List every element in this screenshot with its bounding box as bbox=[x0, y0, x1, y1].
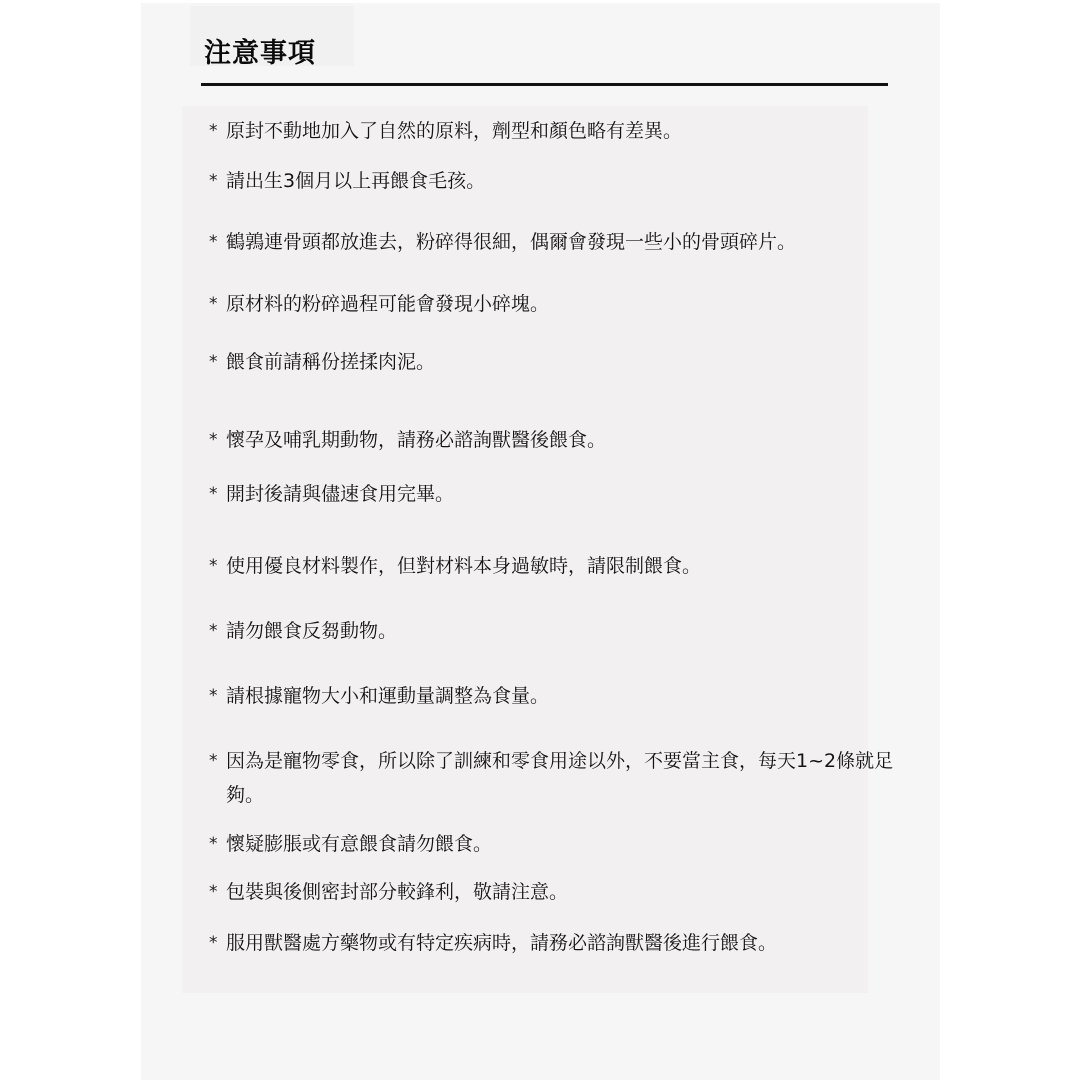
asterisk-bullet-icon: * bbox=[209, 679, 226, 713]
asterisk-bullet-icon: * bbox=[209, 287, 226, 321]
note-text: 請出生3個月以上再餵食毛孩。 bbox=[226, 164, 485, 198]
note-text: 請根據寵物大小和運動量調整為食量。 bbox=[226, 679, 549, 713]
asterisk-bullet-icon: * bbox=[209, 926, 226, 960]
note-item: * 請勿餵食反芻動物。 bbox=[209, 614, 397, 648]
asterisk-bullet-icon: * bbox=[209, 614, 226, 648]
note-text: 包裝與後側密封部分較鋒利，敬請注意。 bbox=[226, 875, 568, 909]
note-item: * 使用優良材料製作，但對材料本身過敏時，請限制餵食。 bbox=[209, 549, 701, 583]
note-item: * 原材料的粉碎過程可能會發現小碎塊。 bbox=[209, 287, 549, 321]
asterisk-bullet-icon: * bbox=[209, 164, 226, 198]
note-text: 鶴鶉連骨頭都放進去，粉碎得很細，偶爾會發現一些小的骨頭碎片。 bbox=[226, 225, 796, 259]
note-text: 原材料的粉碎過程可能會發現小碎塊。 bbox=[226, 287, 549, 321]
note-text: 懷孕及哺乳期動物，請務必諮詢獸醫後餵食。 bbox=[226, 423, 606, 457]
note-text: 原封不動地加入了自然的原料，劑型和顏色略有差異。 bbox=[226, 114, 682, 148]
note-item: * 餵食前請稱份搓揉肉泥。 bbox=[209, 345, 435, 379]
note-text: 開封後請與儘速食用完畢。 bbox=[226, 477, 454, 511]
note-item: * 原封不動地加入了自然的原料，劑型和顏色略有差異。 bbox=[209, 114, 682, 148]
note-item: * 服用獸醫處方藥物或有特定疾病時，請務必諮詢獸醫後進行餵食。 bbox=[209, 926, 777, 960]
note-item: * 懷孕及哺乳期動物，請務必諮詢獸醫後餵食。 bbox=[209, 423, 606, 457]
note-item: * 包裝與後側密封部分較鋒利，敬請注意。 bbox=[209, 875, 568, 909]
asterisk-bullet-icon: * bbox=[209, 549, 226, 583]
note-text: 因為是寵物零食，所以除了訓練和零食用途以外，不要當主食，每天1~2條就足夠。 bbox=[226, 744, 926, 812]
note-item: * 懷疑膨脹或有意餵食請勿餵食。 bbox=[209, 827, 492, 861]
note-text: 懷疑膨脹或有意餵食請勿餵食。 bbox=[226, 827, 492, 861]
note-text: 餵食前請稱份搓揉肉泥。 bbox=[226, 345, 435, 379]
asterisk-bullet-icon: * bbox=[209, 114, 226, 148]
asterisk-bullet-icon: * bbox=[209, 423, 226, 457]
note-item: * 請出生3個月以上再餵食毛孩。 bbox=[209, 164, 485, 198]
note-item: * 鶴鶉連骨頭都放進去，粉碎得很細，偶爾會發現一些小的骨頭碎片。 bbox=[209, 225, 796, 259]
note-text: 請勿餵食反芻動物。 bbox=[226, 614, 397, 648]
note-item: * 請根據寵物大小和運動量調整為食量。 bbox=[209, 679, 549, 713]
asterisk-bullet-icon: * bbox=[209, 477, 226, 511]
note-text: 服用獸醫處方藥物或有特定疾病時，請務必諮詢獸醫後進行餵食。 bbox=[226, 926, 777, 960]
asterisk-bullet-icon: * bbox=[209, 875, 226, 909]
note-item: * 開封後請與儘速食用完畢。 bbox=[209, 477, 454, 511]
asterisk-bullet-icon: * bbox=[209, 744, 226, 778]
page-title: 注意事項 bbox=[204, 36, 316, 72]
note-item: * 因為是寵物零食，所以除了訓練和零食用途以外，不要當主食，每天1~2條就足夠。 bbox=[209, 744, 926, 812]
title-divider bbox=[201, 83, 888, 86]
asterisk-bullet-icon: * bbox=[209, 225, 226, 259]
asterisk-bullet-icon: * bbox=[209, 345, 226, 379]
asterisk-bullet-icon: * bbox=[209, 827, 226, 861]
note-text: 使用優良材料製作，但對材料本身過敏時，請限制餵食。 bbox=[226, 549, 701, 583]
